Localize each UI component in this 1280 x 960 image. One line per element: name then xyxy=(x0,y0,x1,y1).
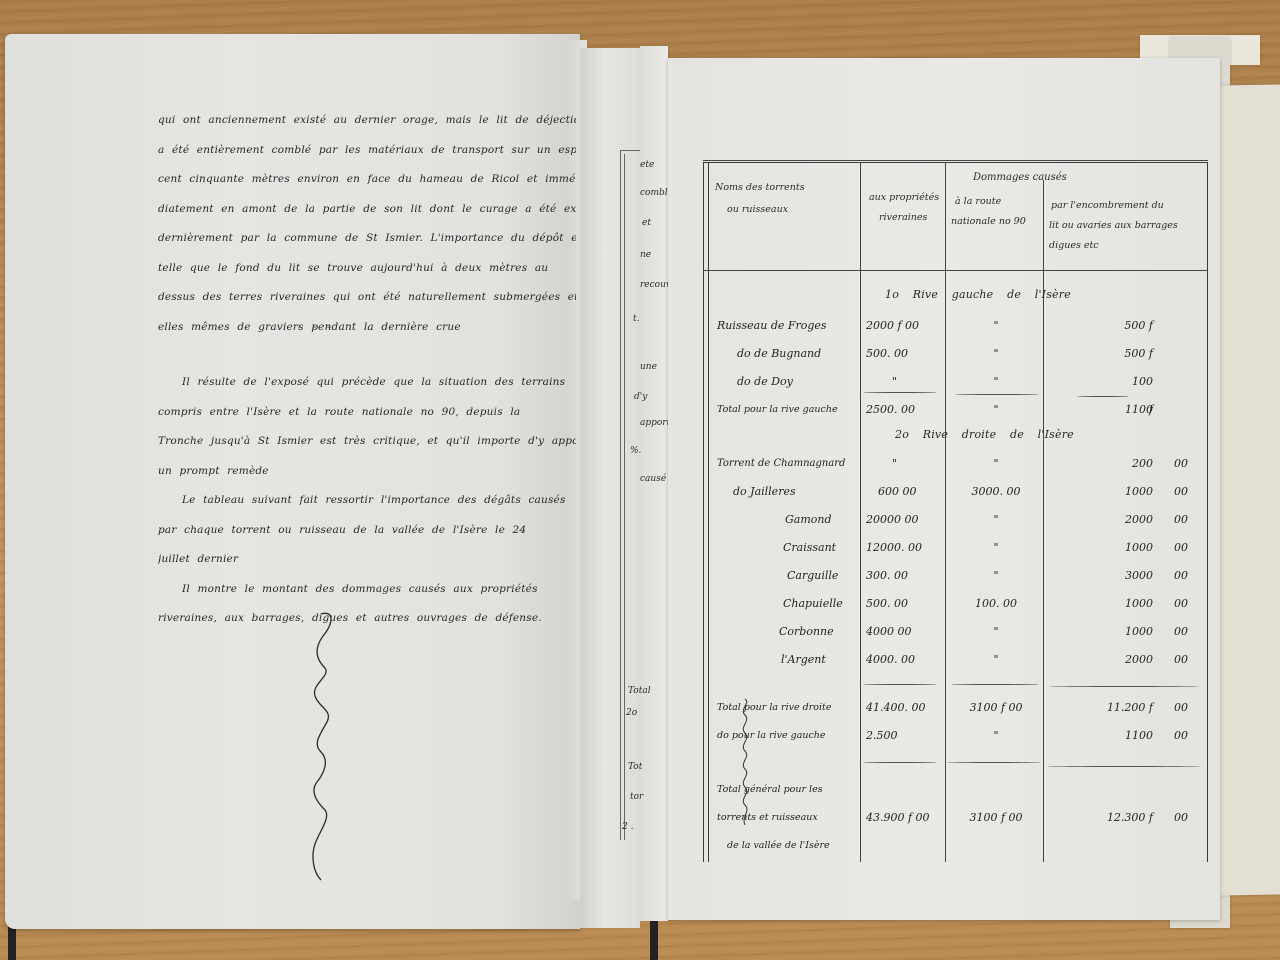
cell-name: do Jailleres xyxy=(733,478,881,506)
text-line: compris entre l'Isère et la route nation… xyxy=(158,398,576,428)
table-row: do Jailleres 600 00 3000. 00 1000 00 xyxy=(703,478,1208,506)
spacer xyxy=(158,342,576,368)
table-row: Corbonne 4000 00 " 1000 00 xyxy=(703,618,1208,646)
strip-text: ne xyxy=(640,250,651,260)
total-rule xyxy=(947,762,1041,763)
cell-road-damage: 3100 f 00 xyxy=(951,804,1041,832)
text-line: Il résulte de l'exposé qui précède que l… xyxy=(158,368,576,398)
cell-bed-damage: 2000 xyxy=(1093,506,1153,534)
separator-mark: - - - xyxy=(298,322,335,333)
cell-riverside-damage: 600 00 xyxy=(866,478,946,506)
table-row: Torrent de Chamnagnard " " 200 00 xyxy=(703,450,1208,478)
cell-name: torrents et ruisseaux xyxy=(717,804,865,832)
text-line: qui ont anciennement existé au dernier o… xyxy=(158,106,576,136)
cell-bed-damage: 1000 xyxy=(1093,534,1153,562)
cell-name: de la vallée de l'Isère xyxy=(727,832,875,860)
text-line: dernièrement par la commune de St Ismier… xyxy=(158,224,576,254)
table-row: do de Doy " " 100 xyxy=(703,368,1208,396)
cell-bed-damage: 1000 xyxy=(1093,618,1153,646)
cell-name: Total pour la rive gauche xyxy=(717,396,865,424)
back-paper-sheet xyxy=(1220,84,1280,895)
cell-road-damage: 3000. 00 xyxy=(951,478,1041,506)
text-line: telle que le fond du lit se trouve aujou… xyxy=(158,254,576,284)
subtotal-rule xyxy=(863,684,937,685)
cell-cents: 00 xyxy=(1148,646,1188,674)
text-line: cent cinquante mètres environ en face du… xyxy=(158,165,576,195)
cell-bed-damage: 2000 xyxy=(1093,646,1153,674)
subtotal-rule xyxy=(955,394,1039,395)
text-line: dessus des terres riveraines qui ont été… xyxy=(158,283,576,313)
cell-bed-damage: 200 xyxy=(1093,450,1153,478)
strip-text: 2 . xyxy=(622,822,633,832)
table-row: Ruisseau de Froges 2000 f 00 " 500 f xyxy=(703,312,1208,340)
header-name-line2: ou ruisseaux xyxy=(727,200,788,220)
cell-road-damage: 100. 00 xyxy=(951,590,1041,618)
cell-cents: 00 xyxy=(1148,534,1188,562)
cell-name: Total général pour les xyxy=(717,776,865,804)
cell-road-damage: " xyxy=(951,534,1041,562)
cell-name: Ruisseau de Froges xyxy=(717,312,865,340)
table-row-total: do pour la rive gauche 2.500 " 1100 00 xyxy=(703,722,1208,750)
cell-riverside-damage: 500. 00 xyxy=(866,590,946,618)
cell-riverside-damage: 4000. 00 xyxy=(866,646,946,674)
cell-cents: 00 xyxy=(1148,506,1188,534)
header-col-b-line1: à la route xyxy=(955,192,1001,212)
cell-cents: 00 xyxy=(1148,618,1188,646)
cell-road-damage: " xyxy=(951,450,1041,478)
cell-name: Total pour la rive droite xyxy=(717,694,865,722)
cell-road-damage: " xyxy=(951,368,1041,396)
cell-riverside-damage: 43.900 f 00 xyxy=(866,804,946,832)
left-page-text: qui ont anciennement existé au dernier o… xyxy=(158,106,576,634)
subtotal-rule xyxy=(863,392,937,393)
cell-riverside-damage: 20000 00 xyxy=(866,506,946,534)
cell-bed-damage: 11.200 f xyxy=(1073,694,1153,722)
text-line: a été entièrement comblé par les matéria… xyxy=(158,136,576,166)
header-group-damages: Dommages causés xyxy=(973,168,1067,188)
cell-road-damage: 3100 f 00 xyxy=(951,694,1041,722)
cell-road-damage: " xyxy=(951,618,1041,646)
text-line: Le tableau suivant fait ressortir l'impo… xyxy=(158,486,576,516)
table-row: Carguille 300. 00 " 3000 00 xyxy=(703,562,1208,590)
cell-cents: 00 xyxy=(1148,694,1188,722)
section-label-left-bank: 1o Rive gauche de l'Isère xyxy=(885,288,1071,301)
table-row: Craissant 12000. 00 " 1000 00 xyxy=(703,534,1208,562)
strip-text: ete xyxy=(640,160,654,170)
text-line: riveraines, aux barrages, digues et autr… xyxy=(158,604,576,634)
cell-bed-damage: 500 f xyxy=(1093,312,1153,340)
table-row: l'Argent 4000. 00 " 2000 00 xyxy=(703,646,1208,674)
table-top-rule xyxy=(703,160,1208,161)
cell-riverside-damage: " xyxy=(866,450,946,478)
subtotal-rule xyxy=(1049,686,1199,687)
underlying-page-border xyxy=(620,150,642,840)
wavy-line-mark xyxy=(305,610,345,890)
cell-road-damage: " xyxy=(951,722,1041,750)
table-row-total: Total pour la rive gauche 2500. 00 " 110… xyxy=(703,396,1208,424)
strip-text: t. xyxy=(633,314,639,324)
strip-text: Total xyxy=(628,686,651,696)
header-name-line1: Noms des torrents xyxy=(715,178,805,198)
text-line: Tronche jusqu'à St Ismier est très criti… xyxy=(158,427,576,457)
cell-riverside-damage: 2.500 xyxy=(866,722,946,750)
damage-table: Noms des torrents ou ruisseaux Dommages … xyxy=(703,162,1208,862)
cell-bed-damage: 500 f xyxy=(1093,340,1153,368)
header-col-a-line2: riveraines xyxy=(879,208,927,228)
strip-text: 2o xyxy=(626,708,637,718)
table-row: Gamond 20000 00 " 2000 00 xyxy=(703,506,1208,534)
table-row-total: Total pour la rive droite 41.400. 00 310… xyxy=(703,694,1208,722)
cell-cents: 00 xyxy=(1148,722,1188,750)
cell-cents: 00 xyxy=(1148,450,1188,478)
text-line: un prompt remède xyxy=(158,457,576,487)
subtotal-rule xyxy=(951,684,1039,685)
cell-riverside-damage: 4000 00 xyxy=(866,618,946,646)
grand-total-label-line: Total général pour les xyxy=(703,776,1208,804)
section-label-right-bank: 2o Rive droite de l'Isère xyxy=(895,428,1074,441)
total-rule xyxy=(863,762,937,763)
strip-text: causé xyxy=(640,474,666,484)
strip-text: Tot xyxy=(628,762,642,772)
text-line: diatement en amont de la partie de son l… xyxy=(158,195,576,225)
cell-road-damage: " xyxy=(951,396,1041,424)
text-line: par chaque torrent ou ruisseau de la val… xyxy=(158,516,576,546)
header-col-c-line3: digues etc xyxy=(1049,236,1099,256)
header-col-c-line2: lit ou avaries aux barrages xyxy=(1049,216,1178,236)
cell-bed-damage: 1000 xyxy=(1093,590,1153,618)
cell-road-damage: " xyxy=(951,562,1041,590)
cell-riverside-damage: 300. 00 xyxy=(866,562,946,590)
cell-road-damage: " xyxy=(951,646,1041,674)
text-line: elles mêmes de graviers pendant la derni… xyxy=(158,313,576,343)
strip-text: et xyxy=(642,218,651,228)
strip-text: tor xyxy=(630,792,643,802)
text-line: Il montre le montant des dommages causés… xyxy=(158,575,576,605)
strip-text: une xyxy=(640,362,657,372)
table-row: Chapuielle 500. 00 100. 00 1000 00 xyxy=(703,590,1208,618)
cell-road-damage: " xyxy=(951,506,1041,534)
header-col-b-line2: nationale no 90 xyxy=(951,212,1026,232)
cell-cents: 00 xyxy=(1148,804,1188,832)
cell-cents: 00 xyxy=(1148,562,1188,590)
cell-riverside-damage: 2000 f 00 xyxy=(866,312,946,340)
cell-riverside-damage: 2500. 00 xyxy=(866,396,946,424)
cell-name: Torrent de Chamnagnard xyxy=(717,450,865,478)
cell-road-damage: " xyxy=(951,312,1041,340)
cell-road-damage: " xyxy=(951,340,1041,368)
cell-name: do de Bugnand xyxy=(737,340,885,368)
cell-name: do pour la rive gauche xyxy=(717,722,865,750)
cell-bed-damage: 100 xyxy=(1093,368,1153,396)
cell-cents: 00 xyxy=(1148,590,1188,618)
header-rule xyxy=(703,270,1208,271)
binding-edge xyxy=(650,915,658,960)
cell-unit: f xyxy=(1113,396,1153,424)
cell-bed-damage: 1100 xyxy=(1093,722,1153,750)
grand-total-label-line: de la vallée de l'Isère xyxy=(703,832,1208,860)
cell-riverside-damage: 41.400. 00 xyxy=(866,694,946,722)
cell-cents: 00 xyxy=(1148,478,1188,506)
header-col-a-line1: aux propriétés xyxy=(869,188,939,208)
table-row: do de Bugnand 500. 00 " 500 f xyxy=(703,340,1208,368)
cell-riverside-damage: 12000. 00 xyxy=(866,534,946,562)
text-line: juillet dernier xyxy=(158,545,576,575)
cell-bed-damage: 12.300 f xyxy=(1073,804,1153,832)
strip-text: %. xyxy=(630,446,641,456)
table-row-grand-total: torrents et ruisseaux 43.900 f 00 3100 f… xyxy=(703,804,1208,832)
strip-text: d'y xyxy=(634,392,647,402)
cell-bed-damage: 1000 xyxy=(1093,478,1153,506)
header-col-c-line1: par l'encombrement du xyxy=(1051,196,1164,216)
cell-riverside-damage: 500. 00 xyxy=(866,340,946,368)
cell-bed-damage: 3000 xyxy=(1093,562,1153,590)
